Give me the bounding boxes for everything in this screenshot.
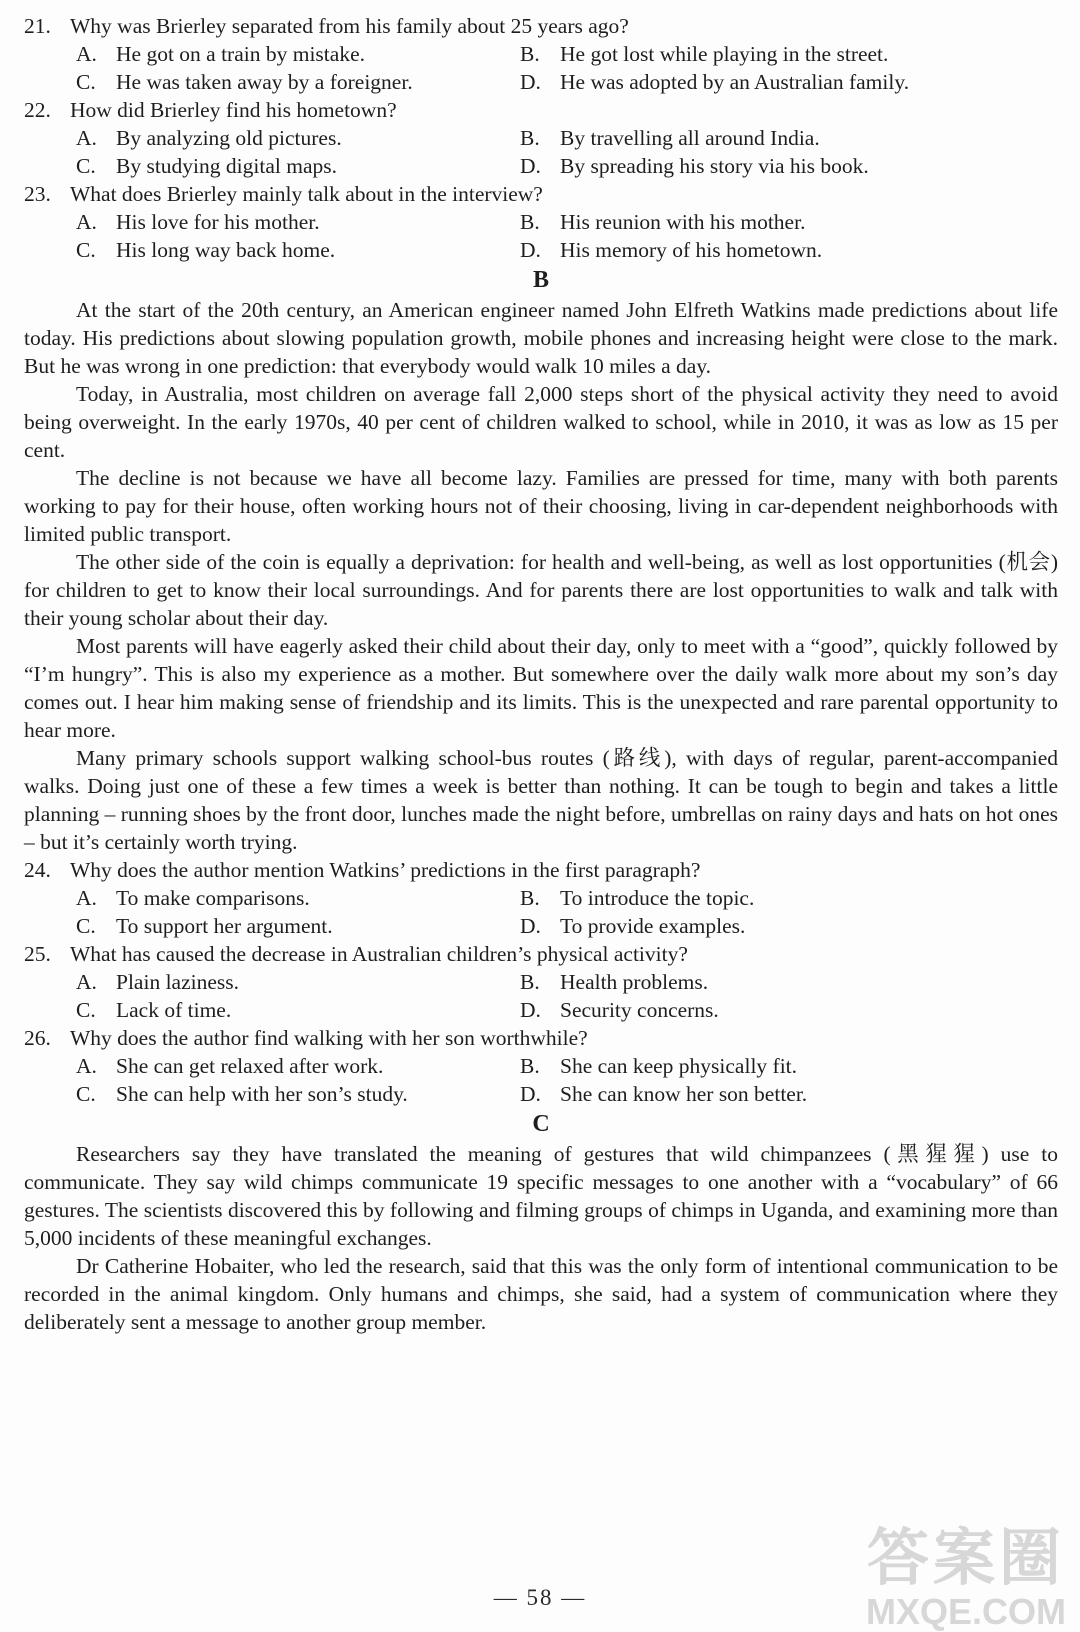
- option-21-a: A. He got on a train by mistake.: [76, 40, 520, 68]
- question-number: 23.: [24, 180, 70, 208]
- exam-page: 21. Why was Brierley separated from his …: [0, 0, 1080, 1632]
- passage-b-paragraph-6: Many primary schools support walking sch…: [24, 744, 1058, 856]
- question-text: What has caused the decrease in Australi…: [70, 940, 1058, 968]
- question-text: Why does the author mention Watkins’ pre…: [70, 856, 1058, 884]
- section-b-header: B: [24, 264, 1058, 296]
- question-text: How did Brierley find his hometown?: [70, 96, 1058, 124]
- watermark-site-text: MXQE.COM: [866, 1594, 1066, 1630]
- option-25-c: C. Lack of time.: [76, 996, 520, 1024]
- option-label: C.: [76, 152, 116, 180]
- option-24-b: B. To introduce the topic.: [520, 884, 1058, 912]
- option-label: D.: [520, 152, 560, 180]
- option-text: She can help with her son’s study.: [116, 1080, 520, 1108]
- option-label: B.: [520, 40, 560, 68]
- question-number: 26.: [24, 1024, 70, 1052]
- option-text: His love for his mother.: [116, 208, 520, 236]
- option-22-a: A. By analyzing old pictures.: [76, 124, 520, 152]
- question-25: 25. What has caused the decrease in Aust…: [24, 940, 1058, 1024]
- option-text: She can know her son better.: [560, 1080, 1058, 1108]
- option-26-d: D. She can know her son better.: [520, 1080, 1058, 1108]
- option-label: C.: [76, 912, 116, 940]
- option-label: A.: [76, 40, 116, 68]
- option-label: D.: [520, 912, 560, 940]
- option-23-a: A. His love for his mother.: [76, 208, 520, 236]
- option-label: B.: [520, 208, 560, 236]
- option-text: To support her argument.: [116, 912, 520, 940]
- option-label: C.: [76, 996, 116, 1024]
- option-text: She can keep physically fit.: [560, 1052, 1058, 1080]
- option-22-d: D. By spreading his story via his book.: [520, 152, 1058, 180]
- option-label: B.: [520, 884, 560, 912]
- option-label: A.: [76, 884, 116, 912]
- option-text: By spreading his story via his book.: [560, 152, 1058, 180]
- question-number: 25.: [24, 940, 70, 968]
- option-21-b: B. He got lost while playing in the stre…: [520, 40, 1058, 68]
- option-label: B.: [520, 968, 560, 996]
- passage-c-paragraph-1: Researchers say they have translated the…: [24, 1140, 1058, 1252]
- option-25-d: D. Security concerns.: [520, 996, 1058, 1024]
- option-text: To introduce the topic.: [560, 884, 1058, 912]
- question-text: Why does the author find walking with he…: [70, 1024, 1058, 1052]
- option-text: By studying digital maps.: [116, 152, 520, 180]
- option-24-d: D. To provide examples.: [520, 912, 1058, 940]
- question-23: 23. What does Brierley mainly talk about…: [24, 180, 1058, 264]
- option-label: A.: [76, 968, 116, 996]
- option-text: His memory of his hometown.: [560, 236, 1058, 264]
- option-23-d: D. His memory of his hometown.: [520, 236, 1058, 264]
- section-c-header: C: [24, 1108, 1058, 1140]
- option-label: C.: [76, 1080, 116, 1108]
- option-text: She can get relaxed after work.: [116, 1052, 520, 1080]
- option-24-c: C. To support her argument.: [76, 912, 520, 940]
- option-21-c: C. He was taken away by a foreigner.: [76, 68, 520, 96]
- option-label: C.: [76, 236, 116, 264]
- question-number: 24.: [24, 856, 70, 884]
- option-24-a: A. To make comparisons.: [76, 884, 520, 912]
- option-22-c: C. By studying digital maps.: [76, 152, 520, 180]
- option-text: His long way back home.: [116, 236, 520, 264]
- option-21-d: D. He was adopted by an Australian famil…: [520, 68, 1058, 96]
- option-text: He got on a train by mistake.: [116, 40, 520, 68]
- option-label: B.: [520, 124, 560, 152]
- option-text: Health problems.: [560, 968, 1058, 996]
- option-label: C.: [76, 68, 116, 96]
- option-text: He got lost while playing in the street.: [560, 40, 1058, 68]
- option-text: He was adopted by an Australian family.: [560, 68, 1058, 96]
- option-23-c: C. His long way back home.: [76, 236, 520, 264]
- option-text: His reunion with his mother.: [560, 208, 1058, 236]
- question-text: What does Brierley mainly talk about in …: [70, 180, 1058, 208]
- option-label: A.: [76, 1052, 116, 1080]
- option-text: Plain laziness.: [116, 968, 520, 996]
- option-label: A.: [76, 124, 116, 152]
- passage-b-paragraph-4: The other side of the coin is equally a …: [24, 548, 1058, 632]
- watermark: 答案圈 MXQE.COM: [866, 1528, 1066, 1630]
- question-number: 22.: [24, 96, 70, 124]
- passage-b-paragraph-1: At the start of the 20th century, an Ame…: [24, 296, 1058, 380]
- option-label: D.: [520, 996, 560, 1024]
- option-label: D.: [520, 68, 560, 96]
- option-label: D.: [520, 1080, 560, 1108]
- question-21: 21. Why was Brierley separated from his …: [24, 12, 1058, 96]
- option-label: B.: [520, 1052, 560, 1080]
- question-22: 22. How did Brierley find his hometown? …: [24, 96, 1058, 180]
- option-23-b: B. His reunion with his mother.: [520, 208, 1058, 236]
- page-content: 21. Why was Brierley separated from his …: [0, 0, 1080, 1336]
- passage-b-paragraph-2: Today, in Australia, most children on av…: [24, 380, 1058, 464]
- option-text: To make comparisons.: [116, 884, 520, 912]
- option-text: Security concerns.: [560, 996, 1058, 1024]
- option-26-a: A. She can get relaxed after work.: [76, 1052, 520, 1080]
- option-label: D.: [520, 236, 560, 264]
- option-label: A.: [76, 208, 116, 236]
- option-26-c: C. She can help with her son’s study.: [76, 1080, 520, 1108]
- question-number: 21.: [24, 12, 70, 40]
- passage-c-paragraph-2: Dr Catherine Hobaiter, who led the resea…: [24, 1252, 1058, 1336]
- option-25-b: B. Health problems.: [520, 968, 1058, 996]
- passage-b-paragraph-3: The decline is not because we have all b…: [24, 464, 1058, 548]
- option-text: To provide examples.: [560, 912, 1058, 940]
- option-25-a: A. Plain laziness.: [76, 968, 520, 996]
- question-24: 24. Why does the author mention Watkins’…: [24, 856, 1058, 940]
- option-text: By analyzing old pictures.: [116, 124, 520, 152]
- question-26: 26. Why does the author find walking wit…: [24, 1024, 1058, 1108]
- option-text: By travelling all around India.: [560, 124, 1058, 152]
- option-text: Lack of time.: [116, 996, 520, 1024]
- watermark-logo-text: 答案圈: [866, 1528, 1066, 1590]
- passage-b-paragraph-5: Most parents will have eagerly asked the…: [24, 632, 1058, 744]
- option-22-b: B. By travelling all around India.: [520, 124, 1058, 152]
- option-text: He was taken away by a foreigner.: [116, 68, 520, 96]
- option-26-b: B. She can keep physically fit.: [520, 1052, 1058, 1080]
- question-text: Why was Brierley separated from his fami…: [70, 12, 1058, 40]
